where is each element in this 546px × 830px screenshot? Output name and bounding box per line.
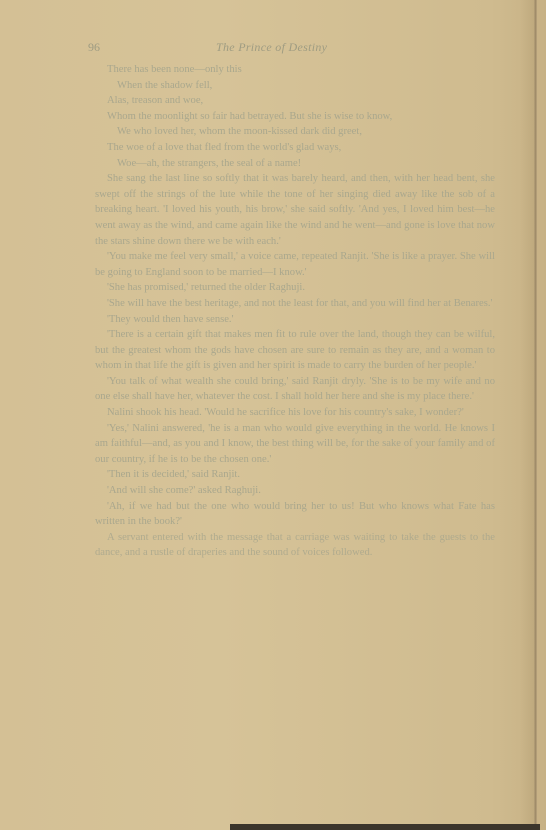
running-head-title: The Prince of Destiny xyxy=(216,40,327,55)
paragraph: 'They would then have sense.' xyxy=(95,312,495,328)
verse-block: There has been none—only this When the s… xyxy=(95,62,495,171)
page-bottom-edge xyxy=(230,824,540,830)
verse-line: Alas, treason and woe, xyxy=(107,93,495,109)
verse-line: Whom the moonlight so fair had betrayed.… xyxy=(107,109,495,125)
paragraph: She sang the last line so softly that it… xyxy=(95,171,495,249)
paragraph: 'And will she come?' asked Raghuji. xyxy=(95,483,495,499)
verse-line: There has been none—only this xyxy=(107,62,495,78)
paragraph: 'Ah, if we had but the one who would bri… xyxy=(95,499,495,530)
verse-line: The woe of a love that fled from the wor… xyxy=(107,140,495,156)
paragraph: 'She will have the best heritage, and no… xyxy=(95,296,495,312)
paragraph: 'She has promised,' returned the older R… xyxy=(95,280,495,296)
body-text: There has been none—only this When the s… xyxy=(95,62,495,561)
verse-line: We who loved her, whom the moon-kissed d… xyxy=(107,124,495,140)
paragraph: 'You talk of what wealth she could bring… xyxy=(95,374,495,405)
gutter-shadow xyxy=(520,0,534,830)
paragraph: 'Then it is decided,' said Ranjit. xyxy=(95,467,495,483)
paragraph: 'You make me feel very small,' a voice c… xyxy=(95,249,495,280)
verse-line: When the shadow fell, xyxy=(107,78,495,94)
paragraph: 'Yes,' Nalini answered, 'he is a man who… xyxy=(95,421,495,468)
page-gutter-fold xyxy=(534,0,537,830)
page-number: 96 xyxy=(88,40,100,55)
paragraph: Nalini shook his head. 'Would he sacrifi… xyxy=(95,405,495,421)
paragraph: 'There is a certain gift that makes men … xyxy=(95,327,495,374)
running-header: 96 The Prince of Destiny xyxy=(88,40,488,56)
verse-line: Woe—ah, the strangers, the seal of a nam… xyxy=(107,156,495,172)
paragraph: A servant entered with the message that … xyxy=(95,530,495,561)
